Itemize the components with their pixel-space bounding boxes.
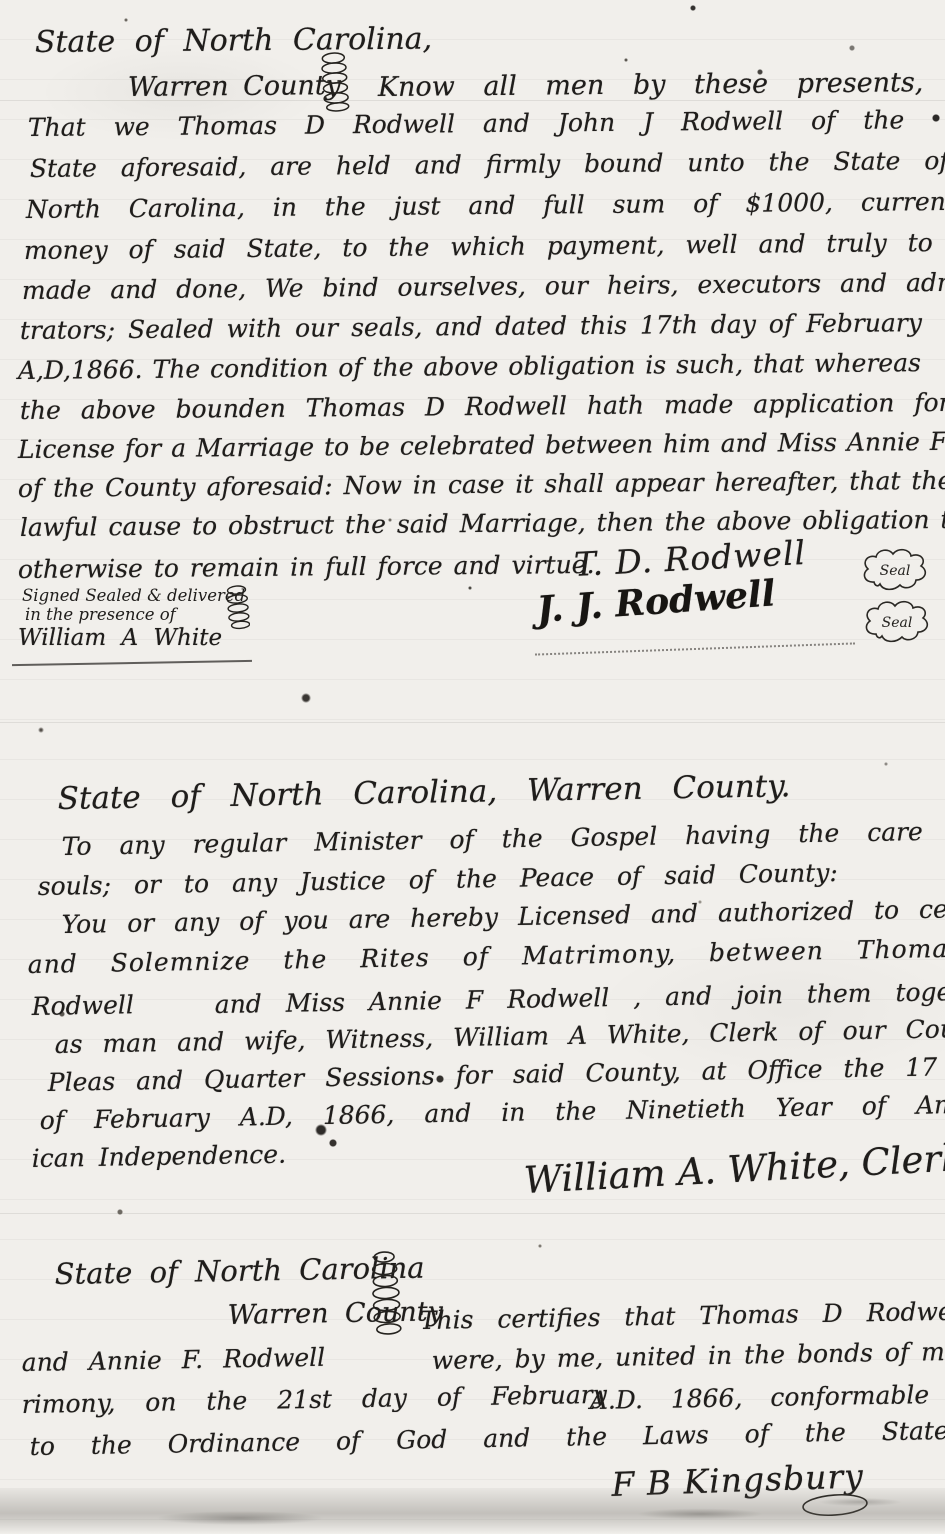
license-line: ican Independence. [32, 1142, 287, 1171]
license-line: Rodwell [32, 992, 134, 1019]
license-heading: State of North Carolina, Warren County. [57, 771, 790, 815]
witness-line: Signed Sealed & delivered [22, 588, 245, 605]
certificate-county: Warren County [228, 1298, 444, 1329]
license-line: and Solemnize the Rites of Matrimony, be… [28, 935, 945, 977]
witness-line: in the presence of [25, 607, 176, 624]
scanned-document-page: State of North Carolina, Warren County K… [0, 0, 945, 1534]
seal-stamp: Seal [858, 546, 932, 594]
certificate-body-line: A.D. 1866, conformable [590, 1382, 930, 1413]
ruled-line [0, 722, 945, 723]
license-line: souls; or to any Justice of the Peace of… [38, 860, 838, 899]
bond-heading: State of North Carolina, [35, 25, 433, 58]
bond-line: A,D,1866. The condition of the above obl… [18, 350, 921, 383]
brace-coil-icon [226, 584, 250, 630]
seal-label: Seal [882, 615, 913, 631]
signature-william-a-white-clerk: William A. White, Clerk [523, 1139, 945, 1199]
certificate-body-line: to the Ordinance of God and the Laws of … [30, 1418, 945, 1459]
bond-line: License for a Marriage to be celebrated … [18, 428, 945, 462]
certificate-body-line: were, by me, united in the bonds of mat- [432, 1338, 945, 1373]
certificate-body-line: This certifies that Thomas D Rodwell [420, 1298, 945, 1333]
signature-j-j-rodwell: J. J. Rodwell [535, 575, 776, 628]
ruled-line [0, 1213, 945, 1214]
license-line: of February A.D, 1866, and in the Nineti… [40, 1091, 945, 1133]
bond-county: Warren County [128, 72, 341, 101]
bond-line: lawful cause to obstruct the said Marria… [20, 506, 945, 540]
license-line: You or any of you are hereby Licensed an… [62, 895, 945, 937]
bond-line: money of said State, to the which paymen… [24, 230, 945, 263]
seal-label: Seal [880, 563, 911, 579]
license-line: as man and wife, Witness, William A Whit… [55, 1015, 945, 1057]
license-line: and Miss Annie F Rodwell , and join them… [215, 978, 945, 1017]
bond-line: otherwise to remain in full force and vi… [18, 552, 595, 582]
seal-stamp: Seal [860, 598, 934, 646]
bond-line: of the County aforesaid: Now in case it … [18, 467, 945, 501]
bond-opening: Know all men by these presents, [378, 69, 924, 101]
certificate-body-line: and Annie F. Rodwell [22, 1345, 326, 1375]
paper-bottom-edge-stain [0, 1488, 945, 1534]
bond-line: the above bounden Thomas D Rodwell hath … [20, 390, 945, 423]
signature-dotted-line [535, 642, 855, 655]
witness-name: William A White [18, 627, 222, 650]
brace-coil-icon [320, 52, 350, 112]
bond-line: made and done, We bind ourselves, our he… [22, 269, 945, 303]
bond-line: trators; Sealed with our seals, and date… [20, 310, 922, 343]
bond-line: State aforesaid, are held and firmly bou… [30, 148, 945, 181]
license-line: Pleas and Quarter Sessions for said Coun… [48, 1053, 945, 1095]
certificate-body-line: rimony, on the 21st day of February [22, 1382, 608, 1417]
license-line: To any regular Minister of the Gospel ha… [62, 818, 945, 859]
bond-line: North Carolina, in the just and full sum… [26, 189, 945, 222]
bond-line: That we Thomas D Rodwell and John J Rodw… [28, 107, 905, 140]
witness-underline [12, 660, 252, 666]
